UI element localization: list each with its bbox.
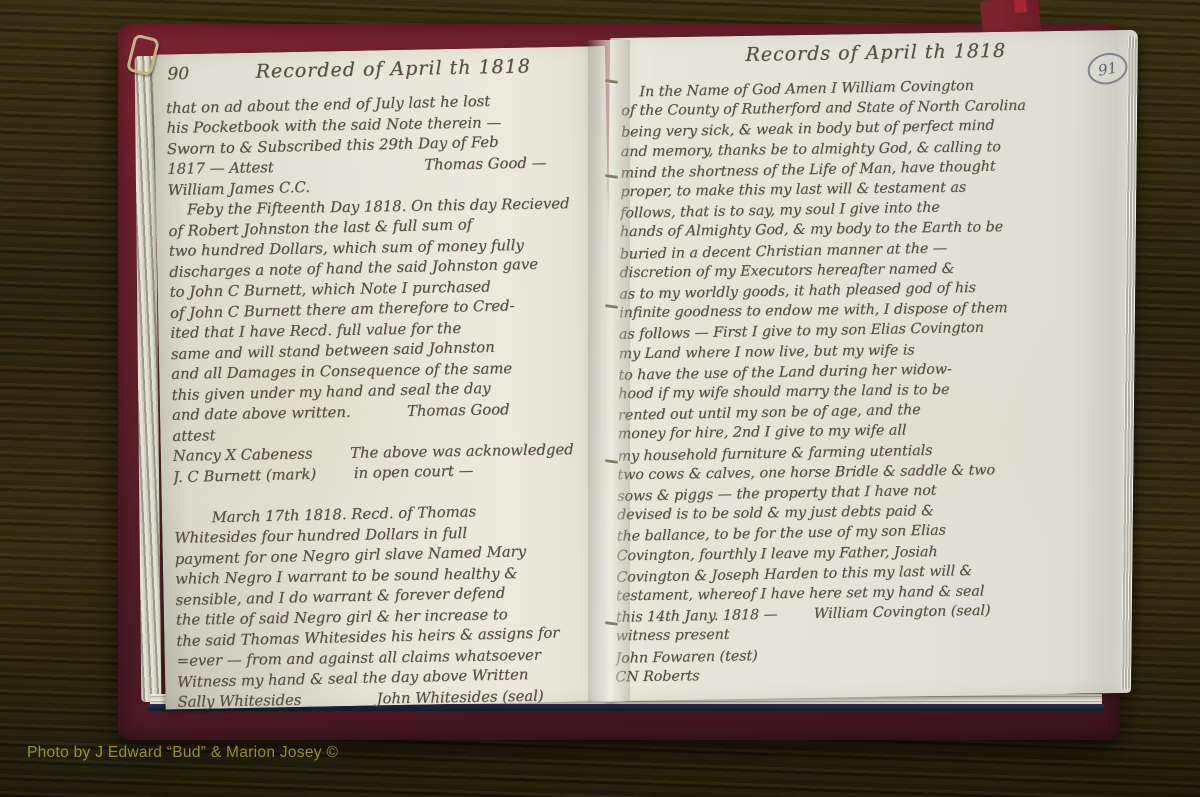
photographer-watermark: Photo by J Edward “Bud” & Marion Josey ©: [27, 744, 338, 762]
right-page-header-row: Records of April th 1818 91: [622, 38, 1130, 76]
binding-stitch: [605, 79, 618, 84]
binding-stitch: [605, 459, 618, 464]
right-page-handwriting: In the Name of God Amen I William Coving…: [615, 74, 1129, 688]
left-page-text-block: 90 Recorded of April th 1818 that on ad …: [165, 54, 609, 713]
binding-stitch: [605, 304, 618, 309]
left-page-handwriting: that on ad about the end of July last he…: [166, 90, 610, 713]
binding-stitch: [605, 621, 618, 626]
left-page: 90 Recorded of April th 1818 that on ad …: [153, 46, 617, 710]
right-page-text-block: Records of April th 1818 91 In the Name …: [615, 38, 1130, 688]
right-page-header: Records of April th 1818: [622, 38, 1130, 68]
book-gutter: [588, 40, 630, 702]
page-number-left: 90: [167, 64, 189, 84]
photo-of-record-book: 90 Recorded of April th 1818 that on ad …: [0, 0, 1200, 797]
binding-stitch: [605, 174, 618, 179]
left-page-header-row: 90 Recorded of April th 1818: [165, 54, 597, 92]
right-page: Records of April th 1818 91 In the Name …: [603, 30, 1138, 701]
left-page-header: Recorded of April th 1818: [189, 54, 598, 84]
